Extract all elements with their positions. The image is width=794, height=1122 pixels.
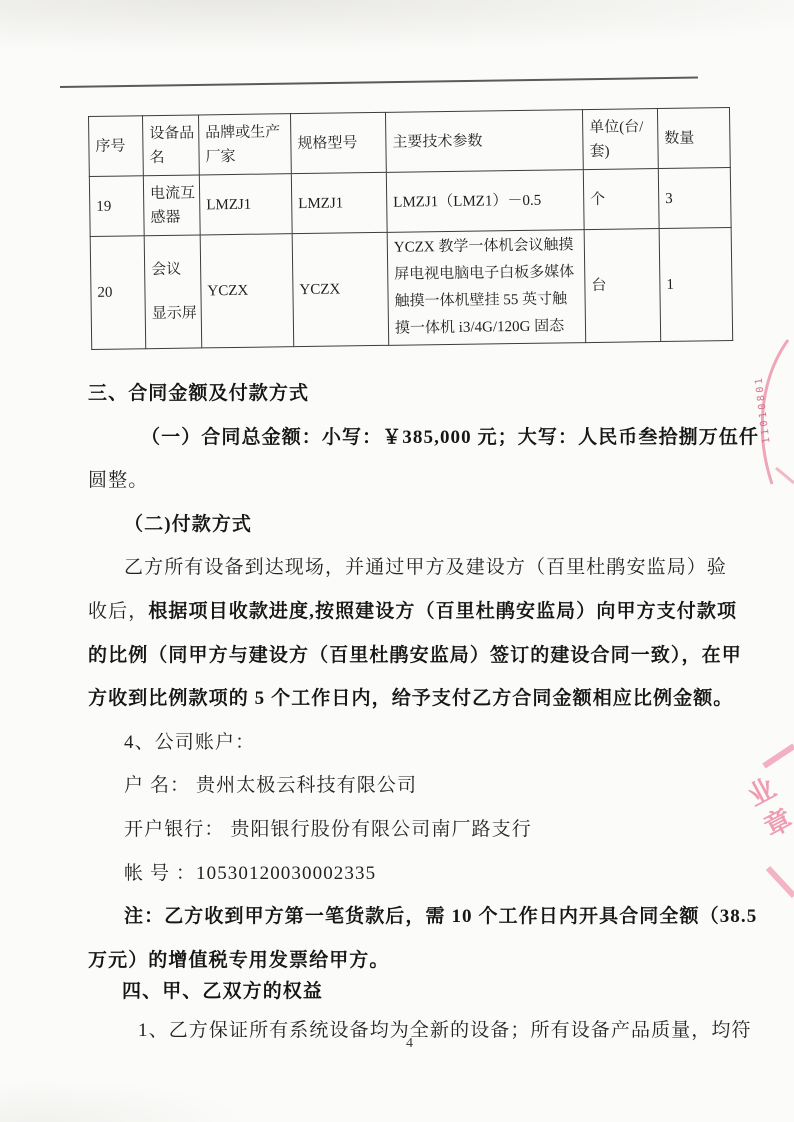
stamp-strokes-icon [738, 742, 794, 904]
table-header-cell: 品牌或生产厂家 [198, 114, 291, 175]
text-line: （一）合同总金额：小写：￥385,000 元；大写：人民币叁拾捌万伍仟 [88, 416, 740, 460]
text-line: 帐 号 ：10530120030002335 [88, 852, 740, 896]
text-segment: 方收到比例款项的 5 个工作日内，给予支付乙方合同金额相应比例金额。 [88, 688, 733, 709]
equipment-table: 序号设备品名品牌或生产厂家规格型号主要技术参数单位(台/套)数量19电流互感器L… [88, 107, 733, 350]
table-cell: 1 [659, 228, 733, 342]
table-cell: 台 [584, 229, 661, 343]
table-cell: YCZX 教学一体机会议触摸屏电视电脑电子白板多媒体触摸一体机壁挂 55 英寸触… [387, 230, 586, 346]
document-page: 序号设备品名品牌或生产厂家规格型号主要技术参数单位(台/套)数量19电流互感器L… [0, 0, 794, 1122]
text-segment: 户 名： 贵州太极云科技有限公司 [124, 775, 417, 796]
text-segment: 乙方所有设备到达现场，并通过甲方及建设方（百里杜鹃安监局）验 [124, 557, 727, 578]
text-line: 乙方所有设备到达现场，并通过甲方及建设方（百里杜鹃安监局）验 [88, 546, 740, 590]
table-header-row: 序号设备品名品牌或生产厂家规格型号主要技术参数单位(台/套)数量 [89, 108, 731, 177]
table-row: 19电流互感器LMZJ1LMZJ1LMZJ1（LMZ1）－0.5个3 [89, 168, 731, 237]
table-cell: LMZJ1 [199, 174, 292, 235]
table-header-cell: 单位(台/套) [582, 109, 658, 170]
text-segment: 帐 号 ：10530120030002335 [124, 863, 376, 884]
table-cell: 19 [89, 176, 144, 237]
header-rule [60, 77, 698, 88]
text-line: 注：乙方收到甲方第一笔货款后，需 10 个工作日内开具合同全额（38.5 [88, 895, 740, 939]
table-cell: 3 [658, 168, 731, 229]
text-line: 四、甲、乙双方的权益 [88, 970, 740, 1014]
table-cell: YCZX [292, 232, 389, 346]
text-segment: 万元）的增值税专用发票给甲方。 [88, 950, 390, 971]
text-segment: 圆整。 [88, 470, 148, 491]
table-cell: 会议 显示屏 [144, 235, 202, 349]
text-line: 1、乙方保证所有系统设备均为全新的设备；所有设备产品质量，均符 [88, 1009, 740, 1053]
stamp-fragment-seal: 业章 [738, 742, 794, 904]
table-header-cell: 序号 [89, 116, 144, 177]
text-line: 户 名： 贵州太极云科技有限公司 [88, 764, 740, 808]
text-segment: 4、公司账户： [124, 732, 255, 753]
stamp-arc-icon [742, 338, 794, 488]
table-header-cell: 主要技术参数 [385, 110, 583, 173]
text-line: 方收到比例款项的 5 个工作日内，给予支付乙方合同金额相应比例金额。 [88, 677, 740, 721]
text-segment: （一）合同总金额：小写：￥385,000 元；大写：人民币叁拾捌万伍仟 [141, 427, 759, 448]
text-line: 的比例（同甲方与建设方（百里杜鹃安监局）签订的建设合同一致），在甲 [88, 634, 740, 678]
table-cell: YCZX [200, 234, 294, 348]
text-segment: 的比例（同甲方与建设方（百里杜鹃安监局）签订的建设合同一致），在甲 [88, 645, 742, 666]
text-line: 4、公司账户： [88, 721, 740, 765]
text-line: （二)付款方式 [88, 503, 740, 547]
text-segment: 1、乙方保证所有系统设备均为全新的设备；所有设备产品质量，均符 [138, 1020, 752, 1041]
table-cell: LMZJ1 [291, 172, 387, 233]
table-cell: 20 [90, 236, 146, 350]
page-number: 4 [406, 1036, 414, 1052]
text-segment: （二)付款方式 [124, 514, 252, 535]
text-segment: 根据项目收款进度,按照建设方（百里杜鹃安监局）向甲方支付款项 [148, 601, 737, 622]
contract-text: 三、合同金额及付款方式（一）合同总金额：小写：￥385,000 元；大写：人民币… [88, 372, 740, 1053]
text-line: 开户银行： 贵阳银行股份有限公司南厂路支行 [88, 808, 740, 852]
stamp-seal-characters: 业章 [738, 771, 794, 851]
text-line: 收后，根据项目收款进度,按照建设方（百里杜鹃安监局）向甲方支付款项 [88, 590, 740, 634]
table-header-cell: 规格型号 [290, 112, 386, 173]
text-line: 圆整。 [88, 459, 740, 503]
text-segment: 四、甲、乙双方的权益 [122, 981, 323, 1002]
text-segment: 开户银行： 贵阳银行股份有限公司南厂路支行 [124, 819, 532, 840]
text-segment: 注：乙方收到甲方第一笔货款后，需 10 个工作日内开具合同全额（38.5 [124, 906, 757, 927]
text-segment: 收后， [88, 601, 148, 622]
table-cell: LMZJ1（LMZ1）－0.5 [386, 170, 584, 233]
table-cell: 个 [583, 169, 659, 230]
table-row: 20会议 显示屏YCZXYCZXYCZX 教学一体机会议触摸屏电视电脑电子白板多… [90, 228, 733, 350]
text-line: 三、合同金额及付款方式 [88, 372, 740, 416]
text-segment: 三、合同金额及付款方式 [88, 383, 309, 404]
table-header-cell: 设备品名 [143, 115, 200, 176]
table-cell: 电流互感器 [143, 175, 200, 236]
stamp-fragment-serial: 11010801 [742, 338, 794, 488]
table-header-cell: 数量 [657, 108, 730, 169]
